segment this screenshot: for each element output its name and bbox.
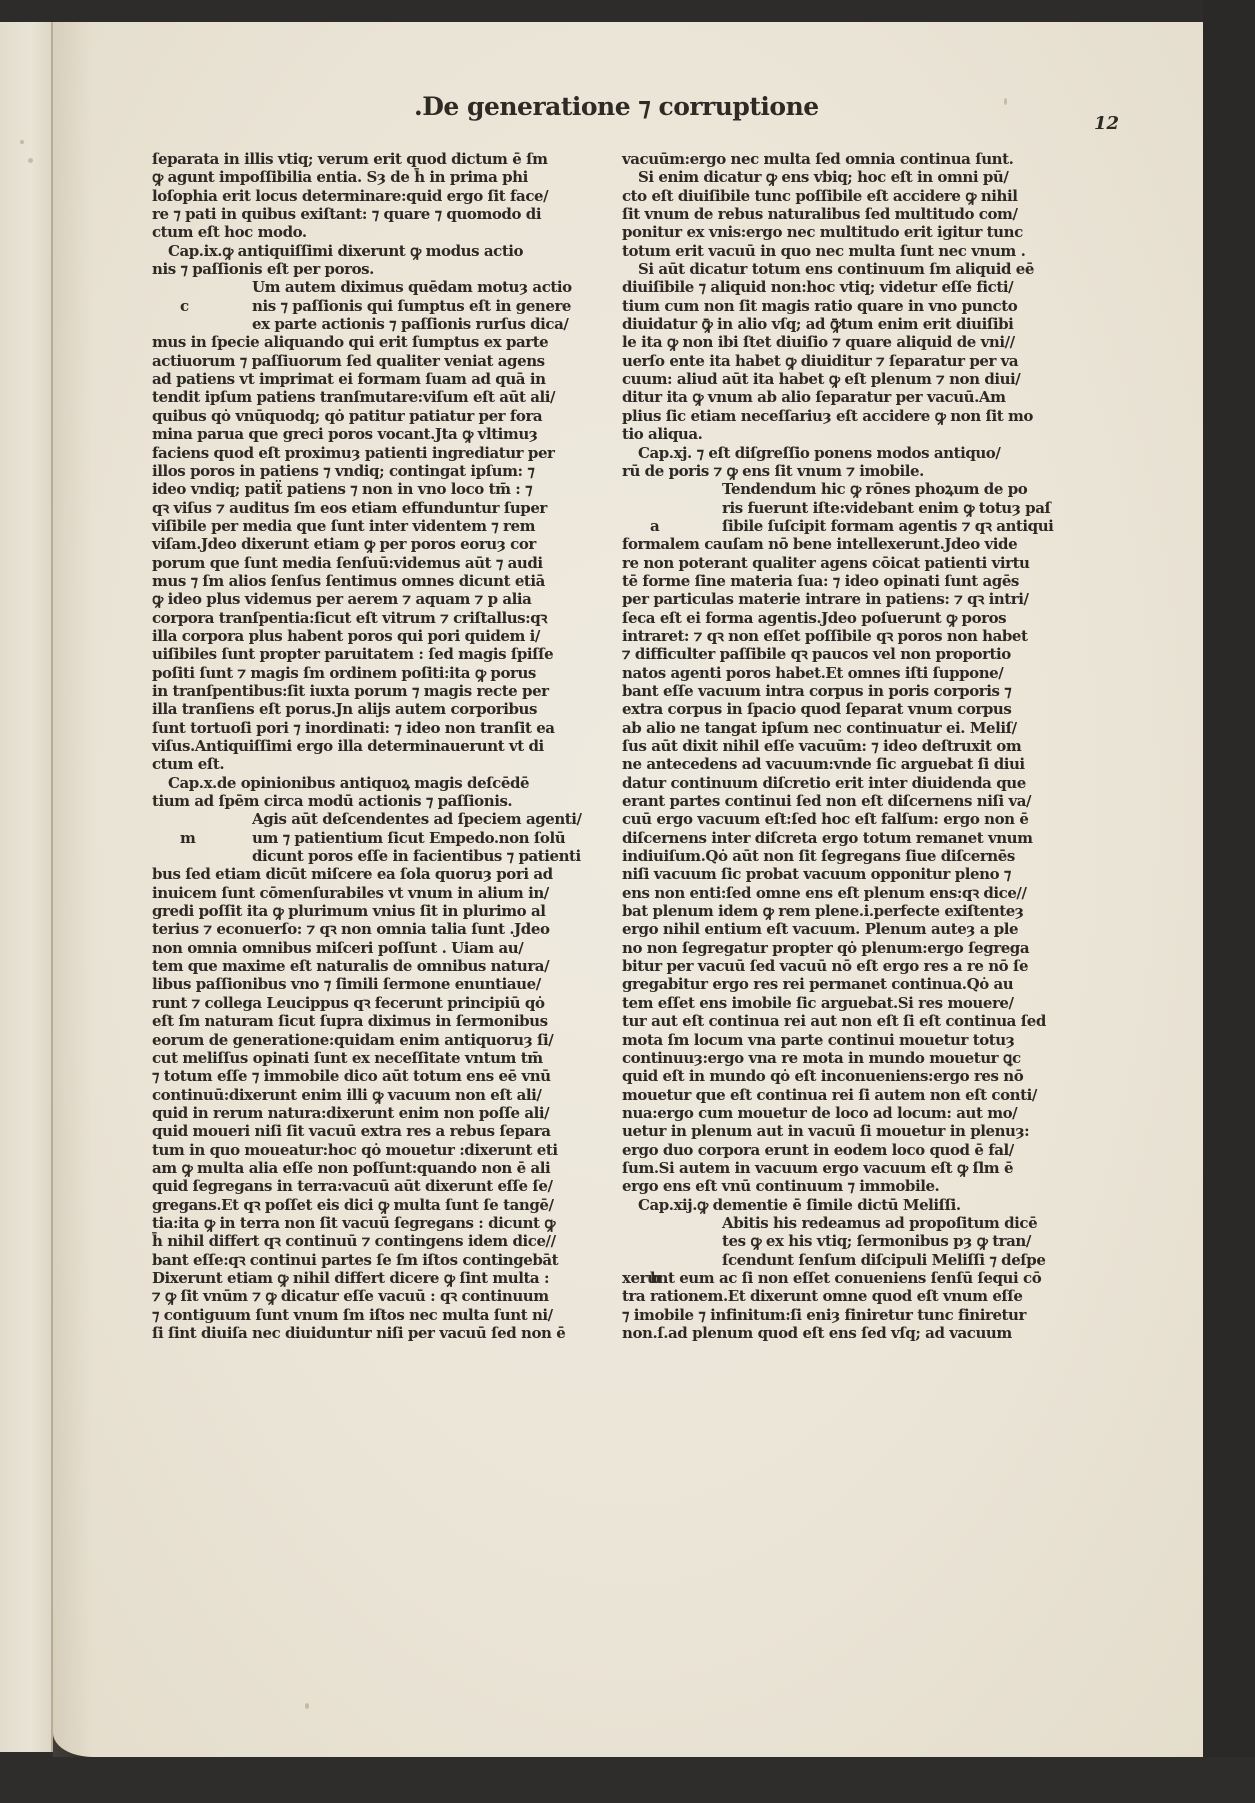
text-line: ⁊ contiguum ſunt vnum ſm iſtos nec multa… (152, 1306, 592, 1324)
chapter-heading-line: Cap.xij.ꝙ dementie ē ſimile dictū Meliſſ… (622, 1196, 1047, 1214)
text-line: ex parte actionis ⁊ paſſionis rurſus dic… (152, 315, 592, 333)
text-line: tem eſſet ens imobile ſic arguebat.Si re… (622, 994, 1047, 1012)
text-line: plius ſic etiam neceſſariuȝ eſt accidere… (622, 407, 1047, 425)
text-line: Um autem diximus quēdam motuȝ actio (152, 278, 592, 296)
text-line: ſcendunt ſenſum diſcipuli Meliſſi ⁊ deſp… (622, 1251, 1047, 1269)
text-line: ne antecedens ad vacuum:vnde ſic argueba… (622, 755, 1047, 773)
text-line: tē forme ſine materia ſua: ⁊ ideo opinat… (622, 572, 1047, 590)
text-line: continuū:dixerunt enim illi ꝙ vacuum non… (152, 1086, 592, 1104)
text-line: gredi poſſit ita ꝙ plurimum vnius ſit in… (152, 902, 592, 920)
text-line: eorum de generatione:quidam enim antiquo… (152, 1031, 592, 1049)
text-line: ꝙ ideo plus videmus per aerem ⁊ aquam ⁊ … (152, 590, 592, 608)
text-line: qꝛ viſus ⁊ auditus ſm eos etiam effundun… (152, 499, 592, 517)
text-line: tendit ipſum patiens tranſmutare:viſum e… (152, 388, 592, 406)
text-line: ꝙ agunt impoſſibilia entia. Sȝ de h̄ in … (152, 168, 592, 186)
text-line: Agis aūt deſcendentes ad ſpeciem agenti/ (152, 810, 592, 828)
text-line: corpora tranſpentia:ſicut eſt vitrum ⁊ c… (152, 609, 592, 627)
text-line: cut meliſſus opinati ſunt ex neceſſitate… (152, 1049, 592, 1067)
text-line: tia:ita ꝙ in terra non ſit vacuū ſegrega… (152, 1214, 592, 1232)
text-line: ſeparata in illis vtiq; verum erit quod … (152, 150, 592, 168)
text-line: xerunt eum ac ſi non eſſet conueniens ſe… (622, 1269, 1047, 1287)
text-line: Tendendum hic ꝙ rōnes phoꝝum de po (622, 480, 1047, 498)
text-line: tum in quo moueatur:hoc qȯ mouetur :dixe… (152, 1141, 592, 1159)
text-line: mus ⁊ ſm alios ſenſus ſentimus omnes dic… (152, 572, 592, 590)
text-line: ſum.Si autem in vacuum ergo vacuum eſt ꝙ… (622, 1159, 1047, 1177)
text-line: illos poros in patiens ⁊ vndiq; continga… (152, 462, 592, 480)
text-line: ſibile ſuſcipit formam agentis ⁊ qꝛ anti… (622, 517, 1047, 535)
text-line: illa corpora plus habent poros qui pori … (152, 627, 592, 645)
text-line: uiſibiles ſunt propter paruitatem : ſed … (152, 645, 592, 663)
text-line: tes ꝙ ex his vtiq; ſermonibus pȝ ꝙ tran/ (622, 1232, 1047, 1250)
guide-letter: m (180, 829, 196, 847)
text-line: vacuūm:ergo nec multa ſed omnia continua… (622, 150, 1047, 168)
text-line: ctum eſt hoc modo. (152, 223, 592, 241)
text-line: bus ſed etiam dicūt miſcere ea ſola quor… (152, 865, 592, 883)
text-line: inuicem ſunt cōmenſurabiles vt vnum in a… (152, 884, 592, 902)
text-line: actiuorum ⁊ paſſiuorum ſed qualiter veni… (152, 352, 592, 370)
text-line: cuum: aliud aūt ita habet ꝙ eſt plenum ⁊… (622, 370, 1047, 388)
text-line: diuidatur ꝙ̄ in alio vſq; ad ꝙ̄tum enim … (622, 315, 1047, 333)
text-line: non omnia omnibus miſceri poſſunt . Uiam… (152, 939, 592, 957)
text-line: quid moueri niſi ſit vacuū extra res a r… (152, 1122, 592, 1140)
text-line: viſus.Antiquiſſimi ergo illa determinaue… (152, 737, 592, 755)
chapter-heading-line: Cap.ix.ꝙ antiquiſſimi dixerunt ꝙ modus a… (152, 242, 592, 260)
text-line: Si enim dicatur ꝙ ens vbiq; hoc eſt in o… (622, 168, 1047, 186)
text-line: bitur per vacuū ſed vacuū nō eſt ergo re… (622, 957, 1047, 975)
text-line: ſunt tortuoſi pori ⁊ inordinati: ⁊ ideo … (152, 719, 592, 737)
text-line: ergo duo corpora erunt in eodem loco quo… (622, 1141, 1047, 1159)
text-line: non.ſ.ad plenum quod eſt ens ſed vſq; ad… (622, 1324, 1047, 1342)
text-line: quid in rerum natura:dixerunt enim non p… (152, 1104, 592, 1122)
guide-letter: a (650, 517, 660, 535)
text-line: intraret: ⁊ qꝛ non eſſet poſſibile qꝛ po… (622, 627, 1047, 645)
text-line: um ⁊ patientium ſicut Empedo.non ſolū (152, 829, 592, 847)
page-gutter-shadow (53, 22, 93, 1757)
text-column-right: vacuūm:ergo nec multa ſed omnia continua… (622, 150, 1047, 1342)
text-line: uerſo ente ita habet ꝙ diuiditur ⁊ ſepar… (622, 352, 1047, 370)
text-line: ctum eſt. (152, 755, 592, 773)
text-line: re ⁊ pati in quibus exiſtant: ⁊ quare ⁊ … (152, 205, 592, 223)
text-line: quid ſegregans in terra:vacuū aūt dixeru… (152, 1177, 592, 1195)
text-line: am ꝙ multa alia eſſe non poſſunt:quando … (152, 1159, 592, 1177)
text-line: diuiſibile ⁊ aliquid non:hoc vtiq; videt… (622, 278, 1047, 296)
scan-frame-top (0, 0, 1255, 22)
text-line: Si aūt dicatur totum ens continuum ſm al… (622, 260, 1047, 278)
text-line: tur aut eſt continua rei aut non eſt ſi … (622, 1012, 1047, 1030)
text-line: dicunt poros eſſe in facientibus ⁊ patie… (152, 847, 592, 865)
chapter-heading-line: Cap.x.de opinionibus antiquoꝝ magis deſc… (152, 774, 592, 792)
text-line: gregabitur ergo res rei permanet continu… (622, 975, 1047, 993)
guide-letter: c (180, 297, 189, 315)
text-line: diſcernens inter diſcreta ergo totum rem… (622, 829, 1047, 847)
text-line: le ita ꝙ non ibi ſtet diuiſio ⁊ quare al… (622, 333, 1047, 351)
page-number: 12 (1094, 113, 1119, 134)
text-line: h̄ nihil differt qꝛ continuū ⁊ contingen… (152, 1232, 592, 1250)
text-line: ditur ita ꝙ vnum ab alio ſeparatur per v… (622, 388, 1047, 406)
text-line: continuuȝ:ergo vna re mota in mundo moue… (622, 1049, 1047, 1067)
text-line: bant eſſe vacuum intra corpus in poris c… (622, 682, 1047, 700)
text-line: runt ⁊ collega Leucippus qꝛ fecerunt pri… (152, 994, 592, 1012)
text-line: ideo vndiq; patiẗ patiens ⁊ non in vno l… (152, 480, 592, 498)
text-line: tio aliqua. (622, 425, 1047, 443)
text-line: datur continuum diſcretio erit inter diu… (622, 774, 1047, 792)
text-line: ad patiens vt imprimat ei formam ſuam ad… (152, 370, 592, 388)
text-line: ſit vnum de rebus naturalibus ſed multit… (622, 205, 1047, 223)
text-line: uetur in plenum aut in vacuū ſi mouetur … (622, 1122, 1047, 1140)
text-line: ſi ſint diuiſa nec diuiduntur niſi per v… (152, 1324, 592, 1342)
text-line: viſam.Jdeo dixerunt etiam ꝙ per poros eo… (152, 535, 592, 553)
text-line: ab alio ne tangat ipſum nec continuatur … (622, 719, 1047, 737)
text-line: faciens quod eſt proximuȝ patienti ingre… (152, 444, 592, 462)
text-line: viſibile per media que ſunt inter vident… (152, 517, 592, 535)
foxing-spot (28, 158, 33, 163)
text-line: re non poterant qualiter agens cōicat pa… (622, 554, 1047, 572)
running-head: .De generatione ⁊ corruptione (414, 92, 819, 121)
text-line: nis ⁊ paſſionis eſt per poros. (152, 260, 592, 278)
text-line: formalem cauſam nō bene intellexerunt.Jd… (622, 535, 1047, 553)
text-line: nis ⁊ paſſionis qui ſumptus eſt in gener… (152, 297, 592, 315)
guide-letter: b (650, 1269, 661, 1287)
text-line: ponitur ex vnis:ergo nec multitudo erit … (622, 223, 1047, 241)
text-line: Dixerunt etiam ꝙ nihil differt dicere ꝙ … (152, 1269, 592, 1287)
text-line: ſeca eſt ei forma agentis.Jdeo poſuerunt… (622, 609, 1047, 627)
text-line: ⁊ ꝙ ſit vnūm ⁊ ꝙ dicatur eſſe vacuū : qꝛ… (152, 1287, 592, 1305)
text-line: no non ſegregatur propter qȯ plenum:ergo… (622, 939, 1047, 957)
text-line: mouetur que eſt continua rei ſi autem no… (622, 1086, 1047, 1104)
text-line: poſiti ſunt ⁊ magis ſm ordinem poſiti:it… (152, 664, 592, 682)
foxing-spot (305, 1703, 309, 1709)
text-line: cuū ergo vacuum eſt:ſed hoc eſt falſum: … (622, 810, 1047, 828)
text-line: indiuiſum.Qȯ aūt non ſit ſegregans ſiue … (622, 847, 1047, 865)
text-line: mina parua que greci poros vocant.Jta ꝙ … (152, 425, 592, 443)
text-line: niſi vacuum ſic probat vacuum opponitur … (622, 865, 1047, 883)
text-line: ⁊ totum eſſe ⁊ immobile dico aūt totum e… (152, 1067, 592, 1085)
text-line: bat plenum idem ꝙ rem plene.i.perfecte e… (622, 902, 1047, 920)
text-line: mota ſm locum vna parte continui mouetur… (622, 1031, 1047, 1049)
text-line: eſt ſm naturam ſicut ſupra diximus in ſe… (152, 1012, 592, 1030)
text-line: porum que ſunt media ſenſuū:videmus aūt … (152, 554, 592, 572)
foxing-spot (1004, 98, 1007, 105)
text-line: terius ⁊ econuerſo: ⁊ qꝛ non omnia talia… (152, 920, 592, 938)
scan-frame-bottom (0, 1757, 1255, 1803)
chapter-heading-line: Cap.xj. ⁊ eſt diſgreſſio ponens modos an… (622, 444, 1047, 462)
text-line: ergo nihil entium eſt vacuum. Plenum aut… (622, 920, 1047, 938)
facing-page-edge (0, 22, 52, 1752)
text-column-left: ſeparata in illis vtiq; verum erit quod … (152, 150, 592, 1342)
text-line: tem que maxime eſt naturalis de omnibus … (152, 957, 592, 975)
text-line: ens non enti:ſed omne ens eſt plenum ens… (622, 884, 1047, 902)
text-line: erant partes continui ſed non eſt diſcer… (622, 792, 1047, 810)
text-line: bant eſſe:qꝛ continui partes ſe ſm iſtos… (152, 1251, 592, 1269)
text-line: tium cum non ſit magis ratio quare in vn… (622, 297, 1047, 315)
text-line: ergo ens eſt vnū continuum ⁊ immobile. (622, 1177, 1047, 1195)
text-line: tium ad ſpēm circa modū actionis ⁊ paſſi… (152, 792, 592, 810)
text-line: ris fuerunt iſte:videbant enim ꝙ totuȝ p… (622, 499, 1047, 517)
text-line: tra rationem.Et dixerunt omne quod eſt v… (622, 1287, 1047, 1305)
text-line: illa tranſiens eſt porus.Jn alijs autem … (152, 700, 592, 718)
foxing-spot (20, 140, 24, 144)
text-line: extra corpus in ſpacio quod ſeparat vnum… (622, 700, 1047, 718)
text-line: quid eſt in mundo qȯ eſt inconueniens:er… (622, 1067, 1047, 1085)
text-line: rū de poris ⁊ ꝙ ens ſit vnum ⁊ imobile. (622, 462, 1047, 480)
text-line: ſus aūt dixit nihil eſſe vacuūm: ⁊ ideo … (622, 737, 1047, 755)
text-line: in tranſpentibus:ſit iuxta porum ⁊ magis… (152, 682, 592, 700)
text-line: mus in ſpecie aliquando qui erit ſumptus… (152, 333, 592, 351)
text-line: gregans.Et qꝛ poſſet eis dici ꝙ multa ſu… (152, 1196, 592, 1214)
text-line: ⁊ difficulter paſſibile qꝛ paucos vel no… (622, 645, 1047, 663)
text-line: ⁊ imobile ⁊ infinitum:ſi eniȝ finiretur … (622, 1306, 1047, 1324)
scan-frame-right (1203, 0, 1255, 1803)
text-line: quibus qȯ vnūquodq; qȯ patitur patiatur … (152, 407, 592, 425)
text-line: per particulas materie intrare in patien… (622, 590, 1047, 608)
text-line: loſophia erit locus determinare:quid erg… (152, 187, 592, 205)
text-line: natos agenti poros habet.Et omnes iſti ſ… (622, 664, 1047, 682)
text-line: totum erit vacuū in quo nec multa ſunt n… (622, 242, 1047, 260)
text-line: cto eſt diuiſibile tunc poſſibile eſt ac… (622, 187, 1047, 205)
text-line: libus paſſionibus vno ⁊ ſimili ſermone e… (152, 975, 592, 993)
text-line: Abitis his redeamus ad propoſitum dicē (622, 1214, 1047, 1232)
text-line: nua:ergo cum mouetur de loco ad locum: a… (622, 1104, 1047, 1122)
